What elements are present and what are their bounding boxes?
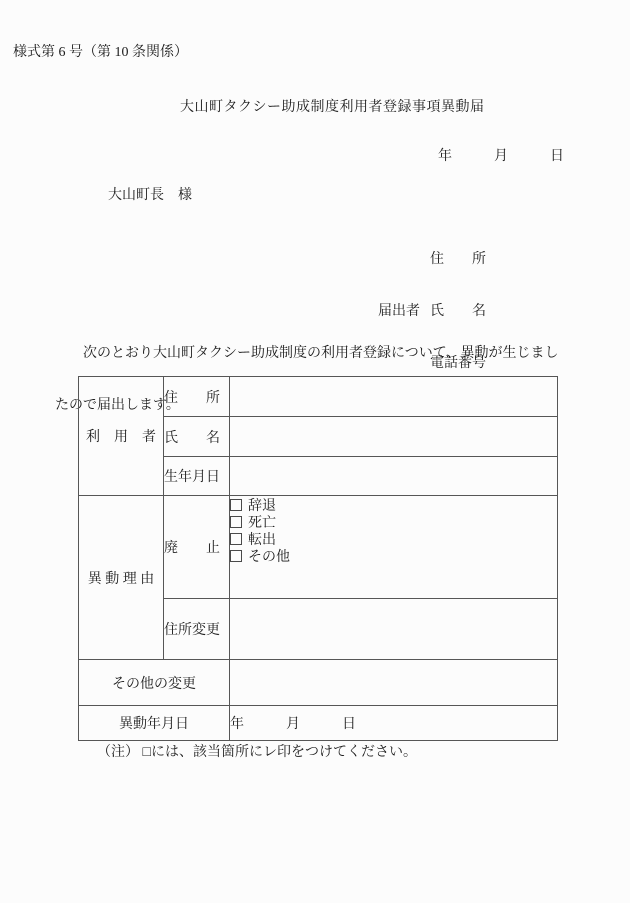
checkbox-option-moveout: 転出 — [230, 530, 557, 547]
table-row: 異 動 理 由 廃 止 辞退 死亡 転出 — [79, 496, 558, 599]
abolition-options-cell: 辞退 死亡 転出 その他 — [230, 496, 558, 599]
address-change-value-cell — [230, 599, 558, 660]
form-number: 様式第 6 号（第 10 条関係） — [13, 45, 188, 61]
table-row: 利 用 者 住 所 — [79, 377, 558, 417]
submission-date-line: 年 月 日 — [438, 149, 564, 165]
address-change-label: 住所変更 — [164, 599, 230, 660]
checkbox-option-other: その他 — [230, 547, 557, 564]
footnote: （注） □には、該当箇所にレ印をつけてください。 — [97, 745, 417, 761]
user-name-label: 氏 名 — [164, 417, 230, 457]
change-date-value-cell: 年 月 日 — [230, 706, 558, 741]
addressee: 大山町長 様 — [108, 188, 192, 204]
document-title: 大山町タクシー助成制度利用者登録事項異動届 — [180, 100, 485, 116]
user-group-header: 利 用 者 — [79, 377, 164, 496]
table-row: 異動年月日 年 月 日 — [79, 706, 558, 741]
change-table: 利 用 者 住 所 氏 名 生年月日 異 動 理 由 廃 止 辞退 — [78, 376, 558, 741]
reason-group-header: 異 動 理 由 — [79, 496, 164, 660]
checkbox-icon[interactable] — [230, 499, 242, 511]
user-birthdate-label: 生年月日 — [164, 457, 230, 496]
user-birthdate-value-cell — [230, 457, 558, 496]
user-name-value-cell — [230, 417, 558, 457]
applicant-address-label: 住 所 — [430, 250, 486, 270]
document-page: 様式第 6 号（第 10 条関係） 大山町タクシー助成制度利用者登録事項異動届 … — [0, 0, 630, 903]
abolition-label: 廃 止 — [164, 496, 230, 599]
change-date-label: 異動年月日 — [79, 706, 230, 741]
checkbox-icon[interactable] — [230, 550, 242, 562]
user-address-value-cell — [230, 377, 558, 417]
checkbox-option-label: その他 — [248, 546, 290, 566]
user-address-label: 住 所 — [164, 377, 230, 417]
table-row: その他の変更 — [79, 660, 558, 706]
checkbox-icon[interactable] — [230, 533, 242, 545]
other-change-value-cell — [230, 660, 558, 706]
checkbox-option-withdrawal: 辞退 — [230, 496, 557, 513]
body-line-1: 次のとおり大山町タクシー助成制度の利用者登録について、異動が生じまし — [55, 344, 575, 364]
checkbox-icon[interactable] — [230, 516, 242, 528]
checkbox-option-death: 死亡 — [230, 513, 557, 530]
other-change-label: その他の変更 — [79, 660, 230, 706]
